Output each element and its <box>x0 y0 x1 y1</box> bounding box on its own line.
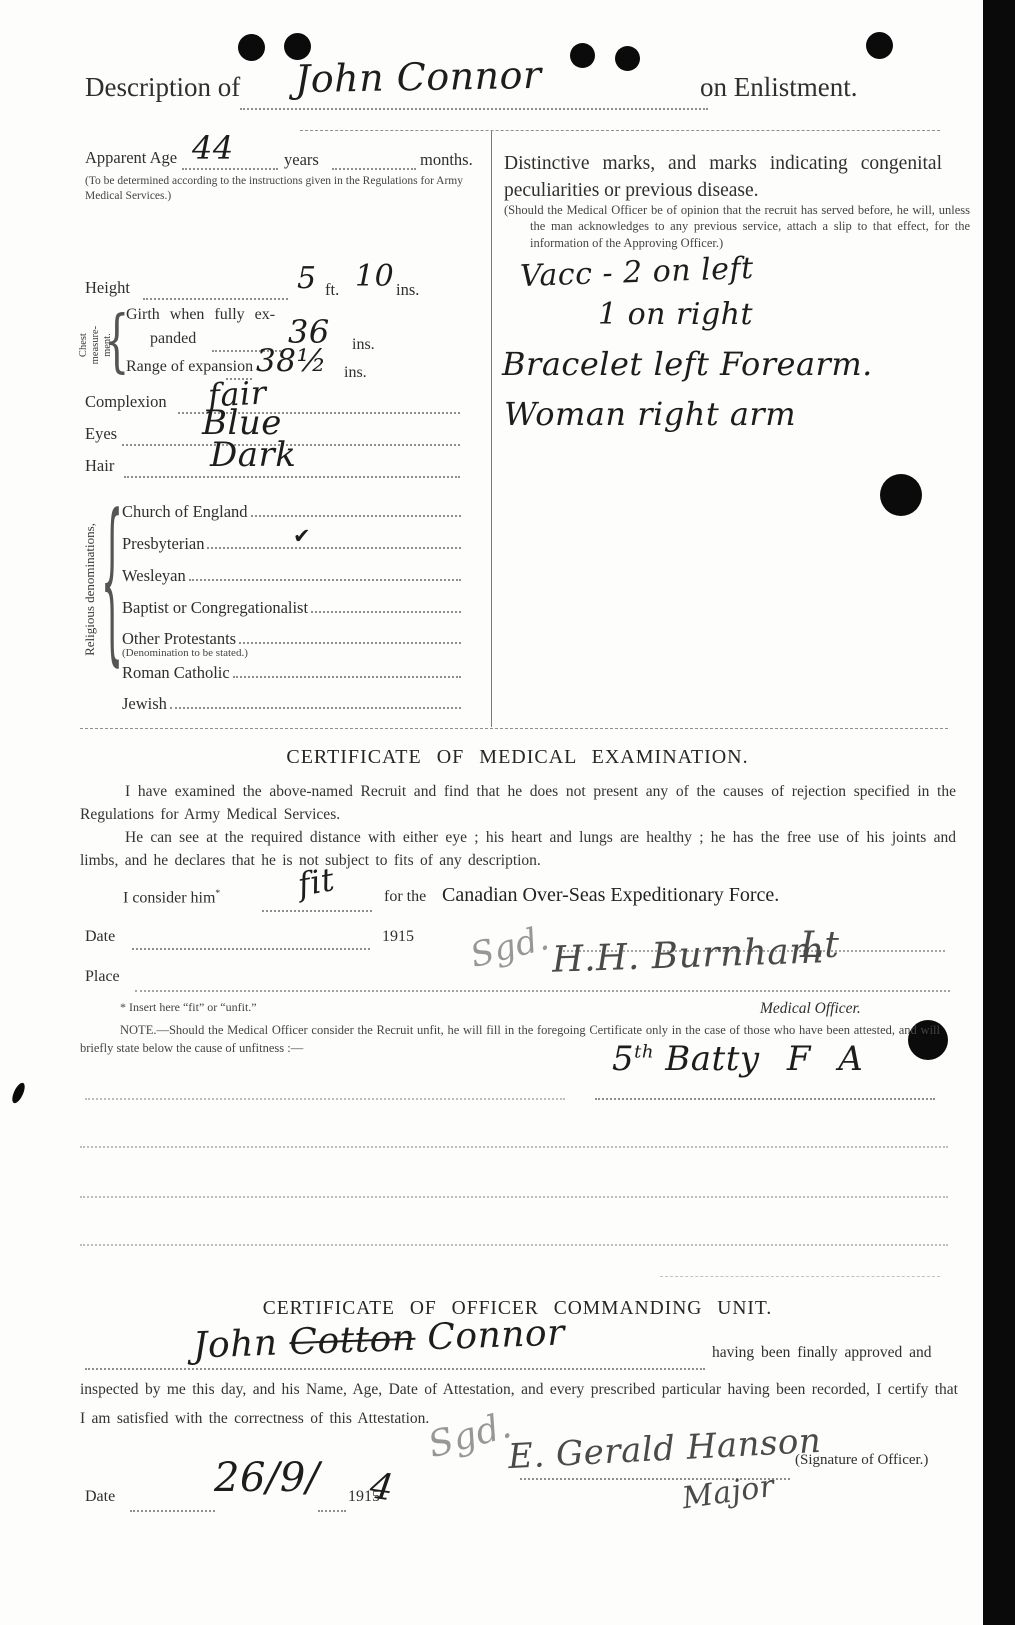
name-struck: Cotton <box>289 1318 416 1363</box>
recruit-name-handwritten: John Connor <box>295 56 542 98</box>
ink-blot <box>866 32 893 59</box>
dotted-line <box>311 596 461 613</box>
checkmark: ✔ <box>293 526 311 547</box>
hair-value: Dark <box>210 438 296 472</box>
dotted-line <box>207 532 461 549</box>
dotted-line <box>80 1196 948 1198</box>
dotted-line <box>262 910 372 912</box>
girth-label-line2: panded <box>150 330 196 348</box>
religion-side-label: Religious denominations, <box>83 472 98 707</box>
height-label: Height <box>85 278 130 298</box>
height-inches-value: 10 <box>355 262 394 292</box>
dotted-line <box>189 564 461 581</box>
name-first: John <box>192 1323 278 1367</box>
consider-prefix-text: I consider him <box>123 889 215 906</box>
religion-row: Baptist or Congregationalist <box>122 596 464 618</box>
medical-paragraph-2: He can see at the required distance with… <box>80 826 956 873</box>
height-feet-value: 5 <box>297 264 317 294</box>
medical-paragraph-1: I have examined the above-named Recruit … <box>80 780 956 827</box>
medical-place-label: Place <box>85 968 120 986</box>
religion-row: Jewish <box>122 692 464 714</box>
officer-date-handwritten: 26/9/ <box>214 1458 320 1498</box>
scanned-attestation-form: Description of John Connor on Enlistment… <box>0 0 1015 1625</box>
officer-paragraph: inspected by me this day, and his Name, … <box>80 1376 958 1433</box>
marks-entry: Vacc - 2 on left <box>520 254 755 292</box>
apparent-age-note: (To be determined according to the instr… <box>85 174 481 204</box>
dotted-line <box>239 627 461 644</box>
dotted-line <box>80 1146 948 1148</box>
religion-item-label: Church of England <box>122 502 248 522</box>
medical-date-label: Date <box>85 928 115 946</box>
marks-entry: Woman right arm <box>504 398 796 430</box>
name-last: Connor <box>427 1313 566 1359</box>
ink-mark <box>10 1081 27 1105</box>
ink-blot <box>615 46 640 71</box>
dotted-line <box>233 661 461 678</box>
religion-item-label: Jewish <box>122 694 167 714</box>
dotted-line <box>135 990 950 992</box>
signature-of-officer-label: (Signature of Officer.) <box>795 1452 928 1469</box>
page-title-prefix: Description of <box>85 72 240 103</box>
religion-row: Roman Catholic <box>122 661 464 683</box>
religion-brace: { <box>101 496 123 672</box>
complexion-label: Complexion <box>85 392 167 412</box>
religion-row: Church of England <box>122 500 464 522</box>
consider-prefix: I consider him* <box>123 888 220 907</box>
dotted-line <box>332 168 416 170</box>
apparent-age-label: Apparent Age <box>85 148 177 168</box>
rule <box>300 130 940 131</box>
medical-officer-role: Medical Officer. <box>760 1000 861 1018</box>
officer-date-overwrite: 4 <box>368 1469 396 1508</box>
ink-blot <box>880 474 922 516</box>
distinctive-marks-heading: Distinctive marks, and marks indicating … <box>504 150 942 205</box>
religion-row: Other Protestants <box>122 627 464 649</box>
fit-unfit-footnote: * Insert here “fit” or “unfit.” <box>120 1000 257 1015</box>
dotted-line <box>80 1244 948 1246</box>
unit-handwritten: 5th Batty F A <box>612 1042 863 1076</box>
girth-unit: ins. <box>352 336 375 354</box>
medical-signature-name: H.H. Burnham <box>551 933 824 978</box>
officer-certificate-name-handwritten: John Cotton Connor <box>192 1316 565 1365</box>
months-label: months. <box>420 150 473 170</box>
marks-entry: Bracelet left Forearm. <box>502 348 873 380</box>
rule <box>80 728 948 729</box>
girth-label-line1: Girth when fully ex- <box>126 306 275 324</box>
religion-item-label: Wesleyan <box>122 566 186 586</box>
ft-label: ft. <box>325 280 339 300</box>
religion-item-label: Baptist or Congregationalist <box>122 598 308 618</box>
rule <box>660 1276 940 1277</box>
dotted-line <box>318 1510 346 1512</box>
dotted-line <box>132 948 370 950</box>
years-label: years <box>284 150 319 170</box>
approval-text: having been finally approved and <box>712 1344 931 1362</box>
dotted-line <box>595 1098 935 1100</box>
religion-item-label: Other Protestants <box>122 629 236 649</box>
dotted-line <box>251 500 461 517</box>
dotted-line <box>124 476 460 478</box>
ink-blot <box>570 43 595 68</box>
medical-signature-rank: Lt <box>800 928 839 964</box>
dotted-line <box>240 108 708 110</box>
scan-edge-bar <box>983 0 1015 1625</box>
officer-date-label: Date <box>85 1488 115 1506</box>
religion-row: Wesleyan <box>122 564 464 586</box>
unit-ordinal: th <box>634 1042 654 1063</box>
range-of-expansion-value: 38½ <box>256 346 327 377</box>
consider-mid: for the <box>384 888 426 906</box>
ins-label: ins. <box>396 280 419 300</box>
ink-blot <box>238 34 265 61</box>
range-unit: ins. <box>344 364 367 382</box>
apparent-age-value: 44 <box>192 132 234 164</box>
unit-name: Batty F A <box>665 1039 863 1079</box>
medical-date-year: 1915 <box>382 928 414 946</box>
fitness-value-handwritten: fit <box>295 863 336 901</box>
dotted-line <box>85 1098 565 1100</box>
dotted-line <box>85 1368 705 1370</box>
medical-certificate-title: CERTIFICATE OF MEDICAL EXAMINATION. <box>85 746 950 769</box>
range-of-expansion-label: Range of expansion <box>126 358 253 376</box>
column-divider <box>491 131 492 727</box>
dotted-line <box>170 692 461 709</box>
dotted-line <box>130 1510 215 1512</box>
religion-item-label: Roman Catholic <box>122 663 230 683</box>
dotted-line <box>182 168 278 170</box>
distinctive-marks-note: (Should the Medical Officer be of opinio… <box>504 202 970 251</box>
page-title-suffix: on Enlistment. <box>700 72 858 103</box>
force-name: Canadian Over-Seas Expeditionary Force. <box>442 884 779 907</box>
religion-item-note: (Denomination to be stated.) <box>122 647 248 659</box>
unit-number: 5 <box>612 1039 634 1079</box>
footnote-star: * <box>215 888 220 899</box>
religion-item-label: Presbyterian <box>122 534 204 554</box>
dotted-line <box>143 298 288 300</box>
medical-signature-sgd: Sgd. <box>467 921 553 973</box>
marks-entry: 1 on right <box>598 300 753 330</box>
eyes-label: Eyes <box>85 424 117 444</box>
